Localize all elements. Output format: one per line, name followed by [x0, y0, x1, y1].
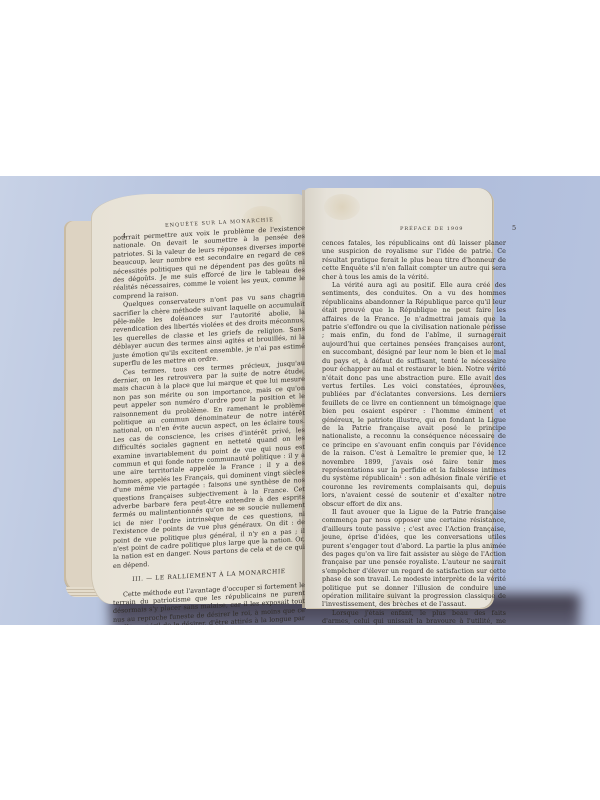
left-paragraph: pourrait permettre aux voix le problème …	[113, 224, 305, 301]
right-paragraph: cences fatales, les républicains ont dû …	[322, 239, 506, 281]
right-folio: 5	[512, 224, 516, 232]
left-page-text: pourrait permettre aux voix le problème …	[113, 224, 305, 625]
left-paragraph: Quelques conservateurs n'ont pas vu sans…	[113, 291, 305, 368]
photograph: ENQUÊTE SUR LA MONARCHIE 4 pourrait perm…	[0, 176, 600, 625]
right-running-head: PRÉFACE DE 1909	[400, 226, 463, 232]
right-paragraph: La vérité aura agi au positif. Elle aura…	[322, 281, 506, 508]
left-paragraph: Cette méthode eut l'avantage d'occuper s…	[113, 581, 305, 625]
right-page-text: cences fatales, les républicains ont dû …	[322, 239, 506, 625]
right-paragraph: Lorsque j'étais enfant, le plus beau des…	[322, 609, 506, 625]
right-paragraph: Il faut avouer que la Ligue de la Patrie…	[322, 508, 506, 609]
left-paragraph: Ces termes, tous ces termes précieux, ju…	[113, 358, 305, 570]
paper-stain	[324, 194, 360, 220]
